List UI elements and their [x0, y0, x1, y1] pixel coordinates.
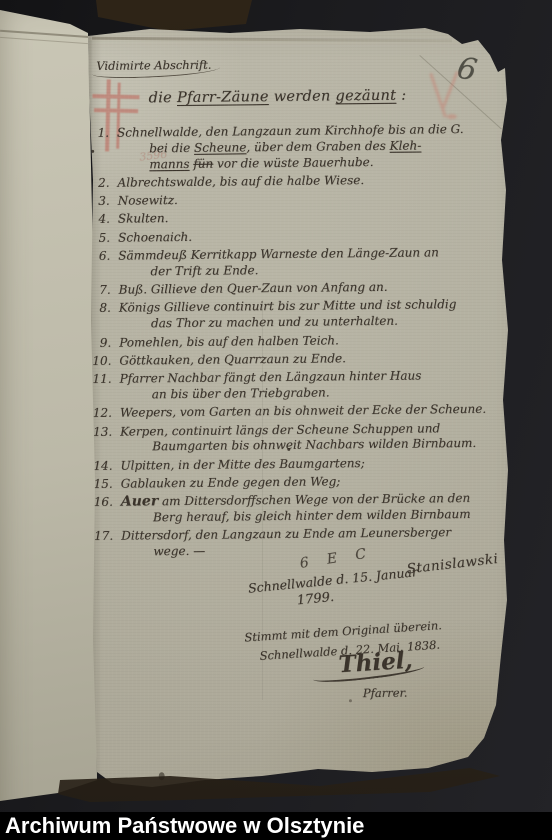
handwriting-line: Albrechtswalde, bis auf die halbe Wiese.	[117, 173, 364, 191]
item-lines: Nosewitz.	[118, 193, 178, 209]
ink-speck	[349, 699, 352, 702]
title-text-underlined: Pfarr-Zäune	[177, 89, 269, 106]
text-segment: Nosewitz.	[118, 193, 178, 208]
item-lines: Kerpen, continuirt längs der Scheune Sch…	[120, 420, 476, 455]
handwriting-line: Weepers, vom Garten an bis ohnweit der E…	[120, 402, 486, 422]
page-edge-line	[0, 37, 88, 44]
text-segment: bei die	[149, 141, 194, 155]
text-segment: Skulten.	[118, 212, 169, 227]
title-text: werden	[269, 88, 336, 105]
text-segment: Scheune	[194, 140, 246, 155]
list-item: 16.Auer am Dittersdorffschen Wege von de…	[91, 491, 527, 527]
item-lines: Dittersdorf, den Langzaun zu Ende am Leu…	[121, 526, 451, 561]
text-segment: fün	[193, 156, 213, 170]
item-lines: Schoenaich.	[118, 230, 192, 247]
text-segment: Dittersdorf, den Langzaun zu Ende am Leu…	[121, 526, 451, 543]
item-lines: Gablauken zu Ende gegen den Weg;	[121, 474, 341, 492]
archive-scan-photo: 3596 6 Vidimirte Abschrift. die Pfarr-Zä…	[0, 0, 552, 840]
handwriting-line: Berg herauf, bis gleich hinter dem wilde…	[121, 507, 471, 526]
item-number: 17.	[91, 529, 113, 561]
text-segment: Kerpen, continuirt längs der Scheune Sch…	[120, 421, 440, 438]
text-segment: Sämmdeuß Kerritkapp Warneste den Länge-Z…	[118, 245, 439, 262]
item-number: 9.	[89, 335, 111, 351]
text-segment: Schnellwalde, den Langzaun zum Kirchhofe…	[117, 122, 464, 140]
text-segment: Buß. Gillieve den Quer-Zaun von Anfang a…	[119, 280, 388, 297]
handwriting-line: wege. —	[121, 541, 451, 560]
certifier-title: Pfarrer.	[363, 686, 408, 700]
text-segment: Berg herauf, bis gleich hinter dem wilde…	[153, 507, 471, 524]
list-item: 15.Gablauken zu Ende gegen den Weg;	[91, 472, 527, 492]
item-lines: Buß. Gillieve den Quer-Zaun von Anfang a…	[119, 280, 388, 299]
handwriting-line: Buß. Gillieve den Quer-Zaun von Anfang a…	[119, 280, 388, 299]
item-number: 10.	[89, 354, 111, 370]
handwriting-line: Skulten.	[118, 212, 169, 228]
handwriting-line: Schoenaich.	[118, 230, 192, 247]
archive-caption-bar: Archiwum Państwowe w Olsztynie	[0, 812, 552, 840]
text-segment: das Thor zu machen und zu unterhalten.	[151, 314, 398, 331]
list-item: 10.Göttkauken, den Quarrzaun zu Ende.	[89, 349, 525, 369]
list-item: 3.Nosewitz.	[88, 190, 524, 210]
handwriting-line: Pomehlen, bis auf den halben Teich.	[119, 333, 339, 351]
text-segment: der Trift zu Ende.	[150, 263, 258, 278]
text-segment: Albrechtswalde, bis auf die halbe Wiese.	[117, 173, 364, 190]
list-item: 7.Buß. Gillieve den Quer-Zaun von Anfang…	[89, 279, 525, 299]
item-lines: Ulpitten, in der Mitte des Baumgartens;	[120, 456, 364, 474]
text-segment: wege. —	[153, 544, 205, 559]
item-lines: Auer am Dittersdorffschen Wege von der B…	[121, 491, 471, 526]
item-number: 8.	[89, 301, 111, 333]
title-text: :	[396, 88, 406, 104]
list-item: 13.Kerpen, continuirt längs der Scheune …	[90, 420, 526, 456]
text-segment: vor die wüste Bauerhube.	[213, 155, 373, 171]
text-segment: Baumgarten bis ohnweit Nachbars wilden B…	[152, 436, 476, 453]
list-item: 9.Pomehlen, bis auf den halben Teich.	[89, 331, 525, 351]
handwriting-line: Ulpitten, in der Mitte des Baumgartens;	[120, 456, 364, 474]
title-text: die	[149, 90, 177, 106]
archive-caption-text: Archiwum Państwowe w Olsztynie	[0, 813, 364, 839]
handwriting-line: Sämmdeuß Kerritkapp Warneste den Länge-Z…	[118, 245, 439, 264]
text-segment: Weepers, vom Garten an bis ohnweit der E…	[120, 402, 486, 420]
document-title: die Pfarr-Zäune werden gezäunt :	[149, 88, 407, 107]
handwriting-line: an bis über den Triebgraben.	[120, 384, 422, 403]
text-segment: Pfarrer Nachbar fängt den Längzaun hinte…	[119, 369, 421, 386]
list-item: 11.Pfarrer Nachbar fängt den Längzaun hi…	[89, 368, 525, 404]
item-lines: Pfarrer Nachbar fängt den Längzaun hinte…	[119, 369, 421, 404]
text-segment: an bis über den Triebgraben.	[152, 385, 330, 401]
list-item: 6.Sämmdeuß Kerritkapp Warneste den Länge…	[88, 244, 524, 280]
item-lines: Pomehlen, bis auf den halben Teich.	[119, 333, 339, 351]
ink-speck	[287, 448, 290, 451]
list-item: 8.Königs Gillieve continuirt bis zur Mit…	[89, 297, 525, 333]
list-item: 14.Ulpitten, in der Mitte des Baumgarten…	[90, 454, 526, 474]
text-segment: Kleh-	[390, 138, 422, 152]
text-segment: Gablauken zu Ende gegen den Weg;	[121, 474, 341, 490]
handwriting-line: Nosewitz.	[118, 193, 178, 209]
handwriting-line: Göttkauken, den Quarrzaun zu Ende.	[119, 351, 346, 369]
text-segment: manns	[149, 156, 189, 170]
list-item: 5.Schoenaich.	[88, 226, 524, 246]
handwriting-line: Baumgarten bis ohnweit Nachbars wilden B…	[120, 436, 476, 456]
red-crayon-smudge	[432, 68, 467, 130]
title-text-underlined: gezäunt	[335, 88, 396, 105]
item-number: 7.	[89, 283, 111, 299]
ink-speck	[91, 150, 94, 153]
text-segment: Auer	[121, 493, 158, 509]
text-segment: , über dem Graben des	[246, 139, 389, 154]
handwriting-line: Gablauken zu Ende gegen den Weg;	[121, 474, 341, 492]
item-lines: Schnellwalde, den Langzaun zum Kirchhofe…	[117, 122, 464, 173]
item-lines: Skulten.	[118, 212, 169, 228]
item-list: 1.Schnellwalde, den Langzaun zum Kirchho…	[87, 121, 528, 563]
list-item: 1.Schnellwalde, den Langzaun zum Kirchho…	[87, 121, 523, 173]
text-segment: am Dittersdorffschen Wege von der Brücke…	[158, 491, 470, 508]
handwriting-line: manns fün vor die wüste Bauerhube.	[117, 154, 464, 173]
list-item: 2.Albrechtswalde, bis auf die halbe Wies…	[87, 171, 523, 191]
handwriting-line: der Trift zu Ende.	[118, 261, 439, 280]
item-lines: Königs Gillieve continuirt bis zur Mitte…	[119, 298, 457, 333]
text-segment: Schoenaich.	[118, 230, 192, 245]
text-segment: Göttkauken, den Quarrzaun zu Ende.	[119, 351, 346, 367]
dateline-year: 1799.	[296, 590, 335, 609]
handwriting-line: das Thor zu machen und zu unterhalten.	[119, 313, 457, 332]
item-lines: Albrechtswalde, bis auf die halbe Wiese.	[117, 173, 364, 191]
handwriting-line: Pfarrer Nachbar fängt den Längzaun hinte…	[119, 369, 421, 388]
text-segment: Pomehlen, bis auf den halben Teich.	[119, 333, 339, 349]
list-item: 12.Weepers, vom Garten an bis ohnweit de…	[90, 402, 526, 422]
item-lines: Sämmdeuß Kerritkapp Warneste den Länge-Z…	[118, 245, 439, 280]
text-segment: Ulpitten, in der Mitte des Baumgartens;	[120, 456, 364, 473]
text-segment: Königs Gillieve continuirt bis zur Mitte…	[119, 298, 457, 316]
item-lines: Göttkauken, den Quarrzaun zu Ende.	[119, 351, 346, 369]
item-lines: Weepers, vom Garten an bis ohnweit der E…	[120, 402, 486, 422]
list-item: 4.Skulten.	[88, 208, 524, 228]
